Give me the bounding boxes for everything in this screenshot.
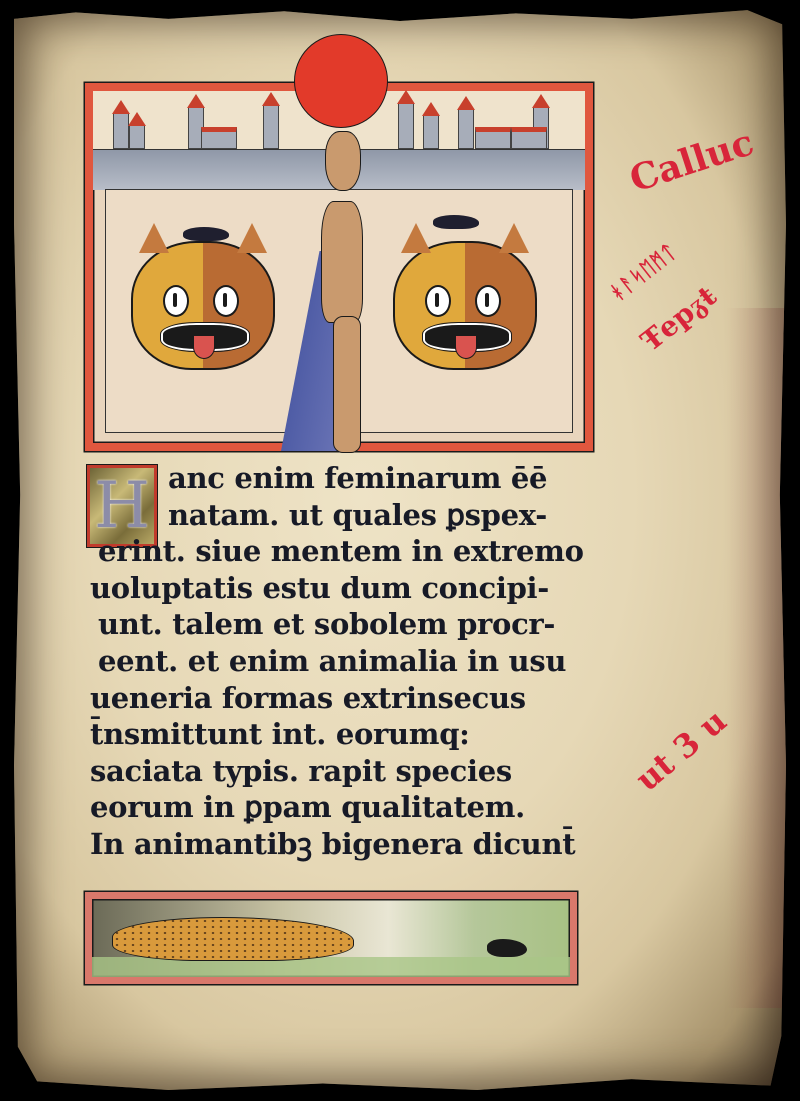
text-line: eent. et enim animalia in usu: [90, 643, 590, 680]
text-line: natam. ut quales ꝑspex-: [90, 497, 590, 534]
manuscript-text: anc enim feminarum ēē natam. ut quales ꝑ…: [90, 460, 590, 863]
cheetah-icon: [112, 917, 354, 961]
parchment-stain: [726, 308, 786, 1008]
tower-icon: [113, 113, 129, 149]
text-line: saciata typis. rapit species: [90, 753, 590, 790]
black-animal-icon: [487, 939, 527, 957]
lion-mask-right: [393, 241, 537, 370]
tower-icon: [398, 103, 414, 149]
bottom-illustration: [85, 892, 577, 984]
tower-icon: [129, 125, 145, 149]
text-line: uoluptatis estu dum concipi-: [90, 570, 590, 607]
text-line: t̄nsmittunt int. eorumq:: [90, 716, 590, 753]
grass: [92, 957, 570, 977]
text-line: anc enim feminarum ēē: [90, 460, 590, 497]
text-line: ueneria formas extrinsecus: [90, 680, 590, 717]
sun-disc: [294, 34, 388, 128]
rat-icon: [433, 215, 479, 229]
rat-icon: [183, 227, 229, 241]
tower-icon: [458, 109, 474, 149]
house-icon: [475, 127, 511, 149]
cat-goddess-figure: [311, 131, 371, 451]
text-line: In animantibꝫ bigenera dicunt̄: [90, 826, 590, 863]
lion-mask-left: [131, 241, 275, 370]
tower-icon: [263, 105, 279, 149]
house-icon: [201, 127, 237, 149]
house-icon: [511, 127, 547, 149]
tower-icon: [423, 115, 439, 149]
top-illustration: [85, 83, 593, 451]
text-line: eorum in ꝑpam qualitatem.: [90, 789, 590, 826]
text-line: erint. siue mentem in extremo: [90, 533, 590, 570]
text-line: unt. talem et sobolem procr-: [90, 606, 590, 643]
